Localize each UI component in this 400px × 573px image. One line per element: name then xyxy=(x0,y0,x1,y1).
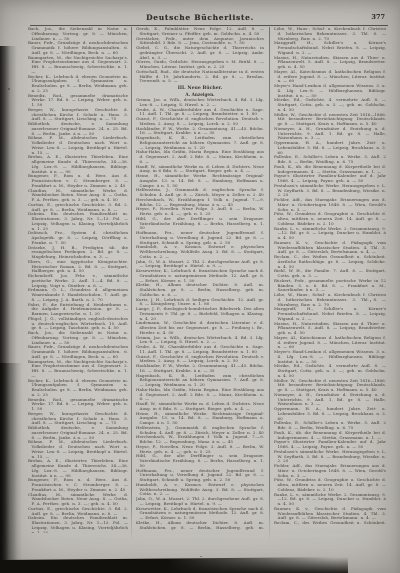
dust-speck xyxy=(8,88,10,90)
catalog-entry: Benedix, Rod., gesammelte dramatische We… xyxy=(28,94,128,108)
catalog-entry: Kletke, H., Album deutscher Dichter. 8. … xyxy=(136,283,264,297)
catalog-entry: Meyer's Hand-Lexikon d. allgemeinen Wiss… xyxy=(274,350,386,364)
catalog-entry: Brehm, A. E., illustrirtes Thierleben. E… xyxy=(28,459,128,478)
catalog-entry: Müller, W., Geschichte d. neuesten Zeit … xyxy=(274,379,386,393)
catalog-entry: Niemeyer, A. H., Grundsätze d. Erziehung… xyxy=(274,127,386,141)
catalog-entry: Daheim. Ein deutsches Familienblatt m. I… xyxy=(28,212,128,231)
catalog-column-1: Bach, Jos., die Siebenzahl in Natur u. O… xyxy=(28,27,128,533)
catalog-entry: Kiesewetter, K., Lehrbuch d. französisch… xyxy=(136,507,264,521)
catalog-entry: Berger, W., kurzgefasste Geschichte d. c… xyxy=(28,108,128,122)
catalog-entry: Böhme, F. M., altdeutsches Liederbuch. V… xyxy=(28,136,128,155)
header-rule xyxy=(30,25,388,26)
column-2-upper-entries: Gerok, K., Palmblätter. Neue Folge. 12. … xyxy=(136,27,264,84)
catalog-entry: Becker, K., Lehrbuch d. ebenen Geometrie… xyxy=(28,379,128,398)
catalog-entry: Pichler, Adf., das Sturmjahr. Erinnerung… xyxy=(274,464,386,478)
catalog-entry: Heine, H., sämmtliche Werke. Rechtmässig… xyxy=(136,174,264,188)
catalog-entry: Flügel, J. G., vollständiges englisch-de… xyxy=(28,317,128,331)
catalog-entry: Lange, J. P., theologisch-homiletisches … xyxy=(136,307,264,321)
catalog-entry: Bibliothek, deutsche, e. Sammlung auserl… xyxy=(28,122,128,136)
catalog-entry: Ranke, L. v., sämmtliche Werke. 2. Gesam… xyxy=(274,493,386,507)
catalog-entry: Meyer's Hand-Lexikon d. allgemeinen Wiss… xyxy=(274,84,386,98)
catalog-entry: Becker, K., Lehrbuch d. ebenen Geometrie… xyxy=(28,75,128,94)
catalog-column-2: Gerok, K., Palmblätter. Neue Folge. 12. … xyxy=(136,27,264,533)
catalog-entry: Mayer, Al., Katechismus d. katholischen … xyxy=(274,70,386,84)
catalog-entry: Bungener, F., Rom u. d. Herz. Aus d. Fra… xyxy=(28,174,128,188)
scan-bottom-edge-shadow xyxy=(0,557,348,573)
catalog-entry: Reclam, C., des Weibes Gesundheit u. Sch… xyxy=(274,255,386,269)
catalog-entry: Bauer, Frdr., Grundzüge d. neuhochdeutsc… xyxy=(28,41,128,55)
catalog-entry: Eichendorff, Jos. Frhr. v., sämmtliche p… xyxy=(28,274,128,288)
catalog-entry: Hiltl, G., der alte Derfflinger u. sein … xyxy=(136,454,264,468)
catalog-entry: Ranke, L. v., sämmtliche Werke. 2. Gesam… xyxy=(274,227,386,241)
catalog-entry: Baumgarten, M., die Nachtgesichte Sachar… xyxy=(28,360,128,379)
catalog-entry: Pütz, W., Grundriss d. Geographie u. Ges… xyxy=(274,212,386,226)
catalog-entry: Benedix, Rod., gesammelte dramatische We… xyxy=(28,398,128,412)
catalog-entry: Mörike, Ed., Gedichte. 4. vermehrte Aufl… xyxy=(274,98,386,112)
column-2-lower-entries: Grimm, Jac. u. Wilh., deutsches Wörterbu… xyxy=(136,98,264,530)
catalog-entry: Raumer, K. v., Geschichte d. Pädagogik v… xyxy=(274,241,386,255)
catalog-entry: Bauer, Frdr., Grundzüge d. neuhochdeutsc… xyxy=(28,345,128,359)
catalog-entry: Mayer, Al., Katechismus d. katholischen … xyxy=(274,336,386,350)
catalog-entry: Mörike, Ed., Gedichte. 4. vermehrte Aufl… xyxy=(274,364,386,378)
catalog-entry: Hahn-Hahn, Ida Gräfin, Maria Regina. Ein… xyxy=(136,388,264,402)
catalog-entry: Claudius, M., sämmtliche Werke d. Wandsb… xyxy=(28,493,128,507)
catalog-entry: Bungener, F., Rom u. d. Herz. Aus d. Fra… xyxy=(28,478,128,492)
catalog-entry: Pichler, Adf., das Sturmjahr. Erinnerung… xyxy=(274,198,386,212)
catalog-column-3: Löhe, W., Haus-, Schul- u. Kirchenbuch f… xyxy=(274,27,386,525)
catalog-entry: Fabri, F., die Entstehung d. Heidenthums… xyxy=(28,303,128,317)
catalog-entry: Humboldt, A. v., Kosmos. Entwurf e. phys… xyxy=(136,483,264,497)
catalog-entry: Masius, H., Naturstudien. Skizzen aus d.… xyxy=(274,322,386,336)
catalog-entry: Oppermann, H. A., hundert Jahre. Zeit- u… xyxy=(274,407,386,421)
catalog-entry: Bach, Jos., die Siebenzahl in Natur u. O… xyxy=(28,331,128,345)
catalog-entry: Masius, H., Naturstudien. Skizzen aus d.… xyxy=(274,56,386,70)
catalog-entry: Hoffmann, Frz., neuer deutscher Jugendfr… xyxy=(136,469,264,483)
catalog-entry: Bibliothek, deutsche, e. Sammlung auserl… xyxy=(28,426,128,440)
catalog-entry: Hagenbach, K. R., Leitfaden zum christli… xyxy=(136,136,264,150)
catalog-entry: Pestalozzi's sämmtliche Werke. Herausgeg… xyxy=(274,184,386,198)
column-divider-rule-1 xyxy=(131,27,132,542)
catalog-entry: Raumer, K. v., Geschichte d. Pädagogik v… xyxy=(274,507,386,521)
catalog-entry: Pestalozzi's sämmtliche Werke. Herausgeg… xyxy=(274,450,386,464)
catalog-entry: Hahn-Hahn, Ida Gräfin, Maria Regina. Ein… xyxy=(136,150,264,164)
catalog-entry: Delitzsch, Frz., System d. christlichen … xyxy=(28,231,128,245)
catalog-entry: Brehm, A. E., illustrirtes Thierleben. E… xyxy=(28,155,128,174)
catalog-entry: Müller, W., Geschichte d. neuesten Zeit … xyxy=(274,113,386,127)
catalog-entry: Daheim. Ein deutsches Familienblatt m. I… xyxy=(28,516,128,533)
catalog-entry: Berger, W., kurzgefasste Geschichte d. c… xyxy=(28,412,128,426)
catalog-entry: Kletke, H., Album deutscher Dichter. 8. … xyxy=(136,521,264,530)
section-heading-line2: A. Anzeigen. xyxy=(136,92,264,97)
scanned-catalog-page: Deutsche Bücherliste. 377 Bach, Jos., di… xyxy=(0,0,400,573)
column-divider-rule-2 xyxy=(269,27,270,542)
catalog-entry: Bach, Jos., die Siebenzahl in Natur u. O… xyxy=(28,27,128,41)
catalog-entry: Giebel, C. G., die Naturgeschichte d. Th… xyxy=(136,46,264,60)
catalog-entry: Erdmann, O. L., Grundriss d. allgemeinen… xyxy=(28,288,128,302)
scan-gutter-shadow-lower xyxy=(0,363,22,573)
catalog-entry: Claudius, M., sämmtliche Werke d. Wandsb… xyxy=(28,189,128,203)
catalog-entry: Löhe, W., Haus-, Schul- u. Kirchenbuch f… xyxy=(274,27,386,41)
catalog-entry: Lindemann, W., Geschichte d. deutschen L… xyxy=(136,321,264,335)
catalog-entry: Ebers, G., eine ägyptische Königstochter… xyxy=(28,260,128,274)
catalog-entry: Hiltl, G., der alte Derfflinger u. sein … xyxy=(136,217,264,231)
catalog-entry: Böhme, F. M., altdeutsches Liederbuch. V… xyxy=(28,440,128,459)
page-number: 377 xyxy=(371,13,385,21)
catalog-entry: Humboldt, A. v., Kosmos. Entwurf e. phys… xyxy=(136,245,264,259)
catalog-entry: Niemeyer, A. H., Grundsätze d. Erziehung… xyxy=(274,393,386,407)
catalog-entry: Hagenbach, K. R., Leitfaden zum christli… xyxy=(136,374,264,388)
dust-speck xyxy=(200,556,202,557)
catalog-entry: Gottschall, Rud., die deutsche Nationall… xyxy=(136,70,264,84)
catalog-entry: Rückert, Frdr., gesammelte poetische Wer… xyxy=(274,279,386,293)
catalog-entry: Hoffmann, Frz., neuer deutscher Jugendfr… xyxy=(136,231,264,245)
catalog-entry: Reclam, C., des Weibes Gesundheit u. Sch… xyxy=(274,521,386,525)
catalog-entry: Marggraff, H., Schiller's u. Körner's Fr… xyxy=(274,307,386,321)
section-heading: III. Neue Bücher. A. Anzeigen. xyxy=(136,86,264,97)
dust-speck xyxy=(370,300,371,302)
catalog-entry: Heine, H., sämmtliche Werke. Rechtmässig… xyxy=(136,412,264,426)
catalog-entry: Pütz, W., Grundriss d. Geographie u. Ges… xyxy=(274,478,386,492)
catalog-entry: Baumgarten, M., die Nachtgesichte Sachar… xyxy=(28,56,128,75)
catalog-entry: Kiesewetter, K., Lehrbuch d. französisch… xyxy=(136,269,264,283)
catalog-entry: Marggraff, H., Schiller's u. Körner's Fr… xyxy=(274,41,386,55)
catalog-entry: Dräseke, J. H. B., Predigten üb. die eva… xyxy=(28,246,128,260)
running-title: Deutsche Bücherliste. xyxy=(0,13,400,22)
catalog-entry: Oppermann, H. A., hundert Jahre. Zeit- u… xyxy=(274,141,386,155)
